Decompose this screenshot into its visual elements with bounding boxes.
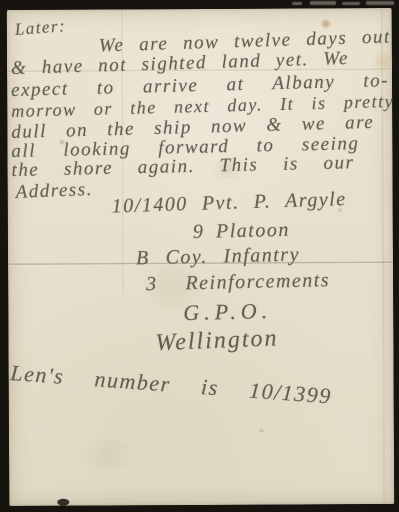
scan-smudge	[292, 2, 302, 5]
scan-smudge	[310, 1, 336, 5]
handwritten-line-company: B Coy. Infantry	[136, 245, 300, 270]
stain-faint	[79, 439, 139, 469]
handwritten-line-reinforcements: 3 Reinforcements	[146, 270, 330, 295]
stain-dark-blob	[57, 499, 69, 506]
handwritten-line-address-label: Address.	[15, 180, 93, 203]
handwritten-line-lens-number: Len's number is 10/1399	[10, 361, 333, 408]
scan-smudge	[366, 1, 394, 5]
handwritten-line-gpo: G.P.O.	[183, 299, 272, 324]
scan-edge-artifact	[288, 0, 399, 7]
letter-paper: Later: We are now twelve days out & have…	[7, 8, 395, 506]
scan-smudge	[342, 2, 360, 5]
stain-speck	[259, 429, 264, 433]
handwritten-line-later: Later:	[14, 17, 67, 39]
letter-scan: Later: We are now twelve days out & have…	[0, 0, 399, 512]
handwritten-line-platoon: 9 Platoon	[193, 220, 290, 243]
stain-brown-spot	[321, 19, 331, 28]
handwritten-line-service-number-name: 10/1400 Pvt. P. Argyle	[111, 189, 347, 217]
handwritten-line-city: Wellington	[155, 326, 279, 356]
